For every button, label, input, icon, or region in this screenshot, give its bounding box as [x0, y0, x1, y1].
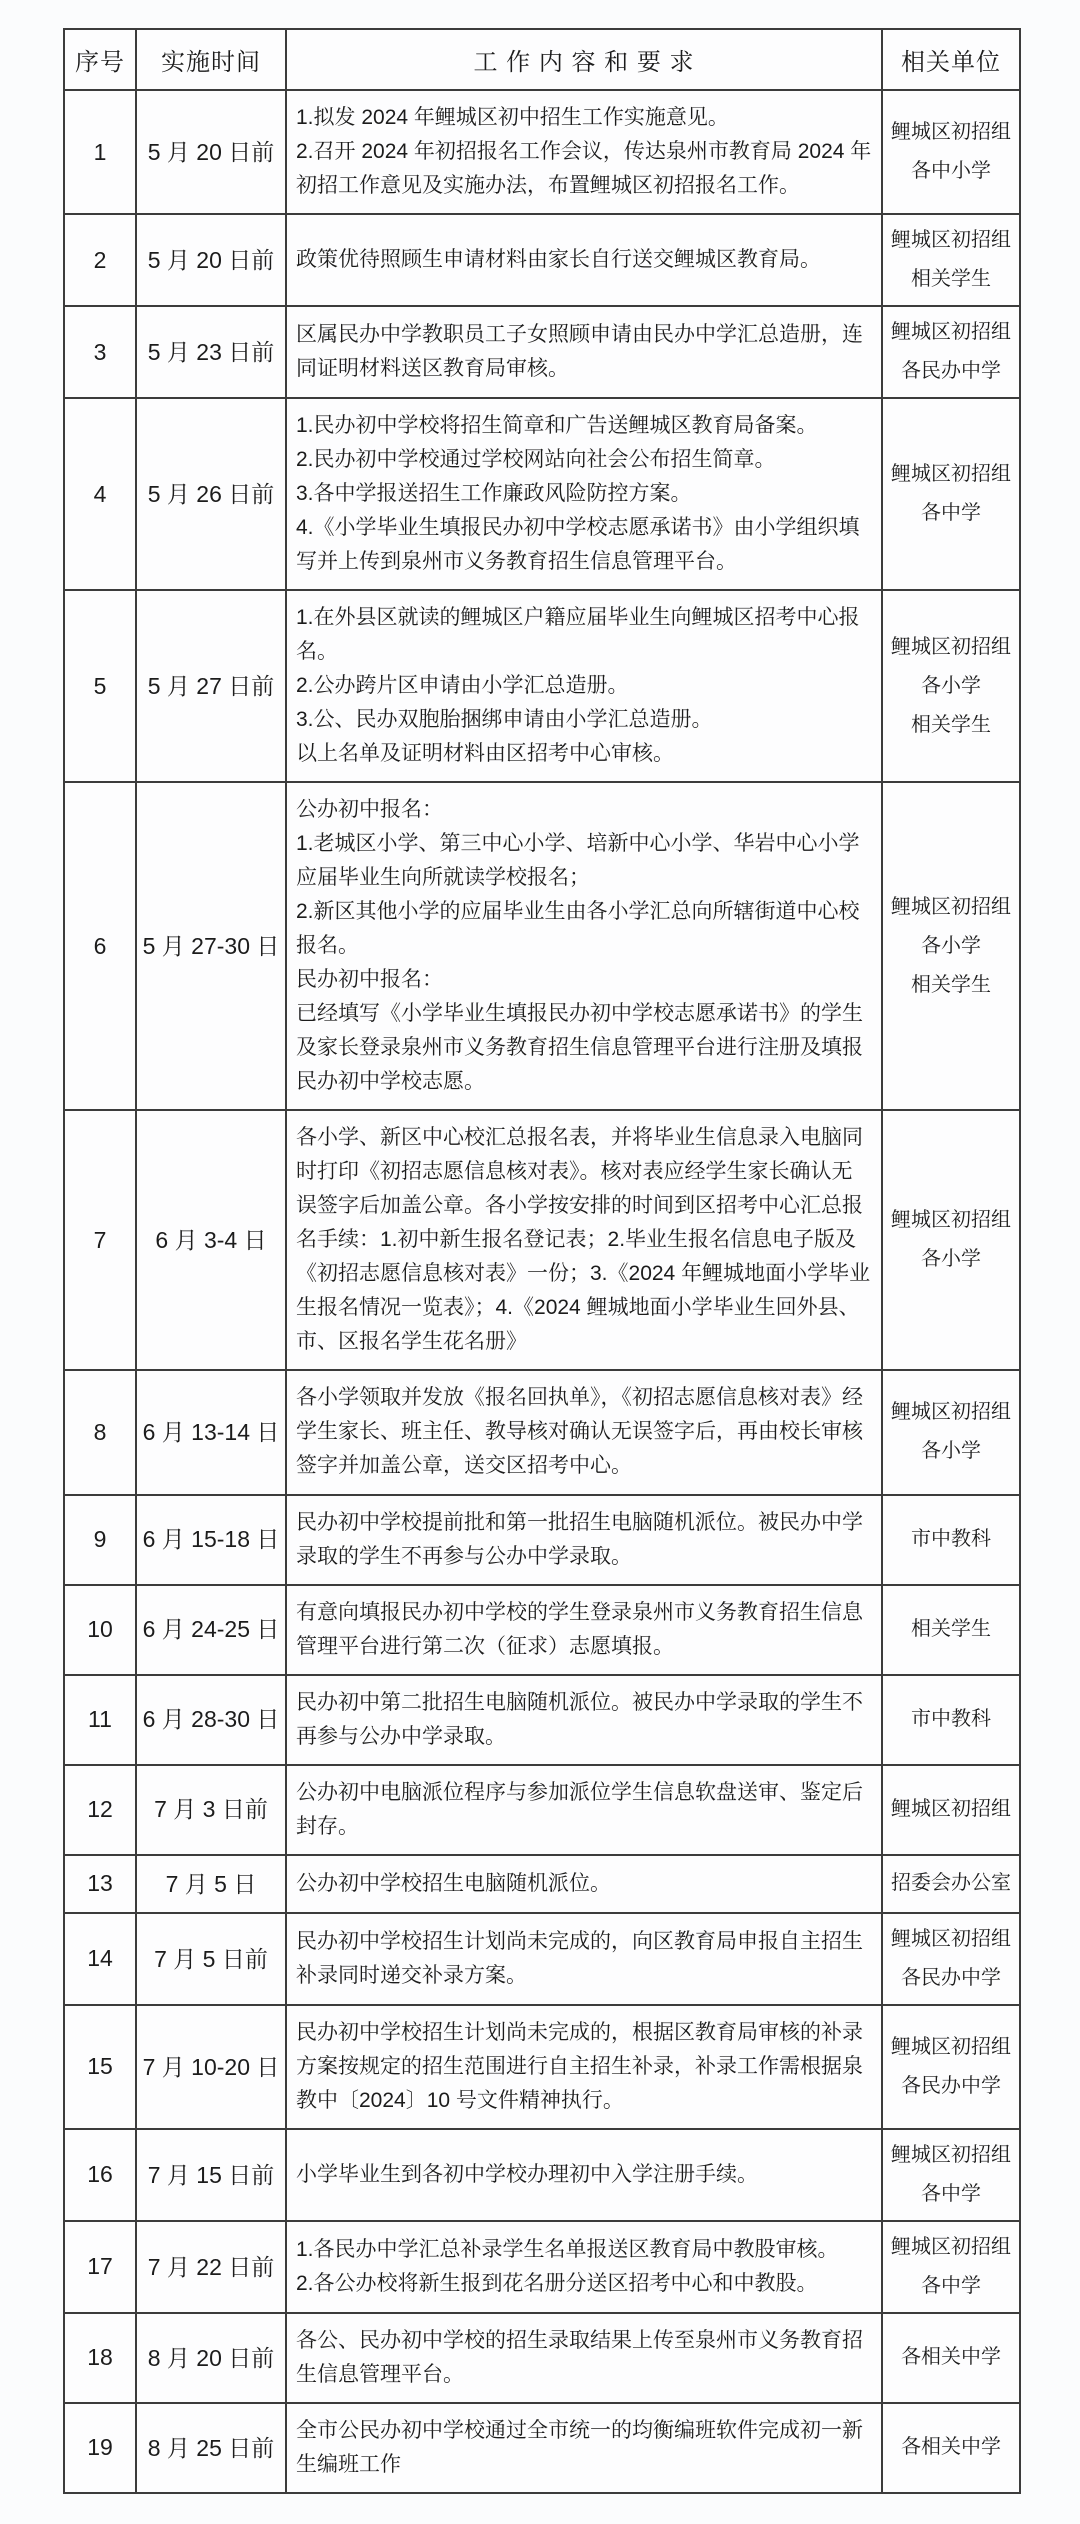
table-row: 3 5 月 23 日前 区属民办中学教职员工子女照顾申请由民办中学汇总造册，连同… — [64, 306, 1020, 398]
row-units: 鲤城区初招组 各小学 相关学生 — [882, 782, 1020, 1110]
schedule-table: 序号 实施时间 工 作 内 容 和 要 求 相关单位 1 5 月 20 日前 1… — [63, 28, 1021, 2494]
row-number: 12 — [64, 1765, 136, 1855]
row-number: 1 — [64, 90, 136, 214]
row-time: 5 月 20 日前 — [136, 90, 286, 214]
row-number: 13 — [64, 1855, 136, 1913]
table-row: 13 7 月 5 日 公办初中学校招生电脑随机派位。 招委会办公室 — [64, 1855, 1020, 1913]
row-number: 2 — [64, 214, 136, 306]
table-row: 7 6 月 3-4 日 各小学、新区中心校汇总报名表，并将毕业生信息录入电脑同时… — [64, 1110, 1020, 1370]
row-units: 鲤城区初招组 各小学 — [882, 1370, 1020, 1494]
row-content: 民办初中第二批招生电脑随机派位。被民办中学录取的学生不再参与公办中学录取。 — [286, 1675, 882, 1765]
row-content: 各小学领取并发放《报名回执单》，《初招志愿信息核对表》经学生家长、班主任、教导核… — [286, 1370, 882, 1494]
row-time: 7 月 10-20 日 — [136, 2005, 286, 2129]
table-row: 19 8 月 25 日前 全市公民办初中学校通过全市统一的均衡编班软件完成初一新… — [64, 2403, 1020, 2493]
row-time: 8 月 25 日前 — [136, 2403, 286, 2493]
row-time: 5 月 23 日前 — [136, 306, 286, 398]
row-content: 小学毕业生到各初中学校办理初中入学注册手续。 — [286, 2129, 882, 2221]
row-content: 民办初中学校提前批和第一批招生电脑随机派位。被民办中学录取的学生不再参与公办中学… — [286, 1495, 882, 1585]
row-units: 鲤城区初招组 各小学 — [882, 1110, 1020, 1370]
row-number: 16 — [64, 2129, 136, 2221]
table-body: 1 5 月 20 日前 1.拟发 2024 年鲤城区初中招生工作实施意见。 2.… — [64, 90, 1020, 2493]
row-time: 5 月 26 日前 — [136, 398, 286, 590]
row-units: 招委会办公室 — [882, 1855, 1020, 1913]
table-row: 6 5 月 27-30 日 公办初中报名： 1.老城区小学、第三中心小学、培新中… — [64, 782, 1020, 1110]
row-units: 各相关中学 — [882, 2313, 1020, 2403]
row-units: 相关学生 — [882, 1585, 1020, 1675]
table-row: 14 7 月 5 日前 民办初中学校招生计划尚未完成的，向区教育局申报自主招生补… — [64, 1913, 1020, 2005]
table-row: 18 8 月 20 日前 各公、民办初中学校的招生录取结果上传至泉州市义务教育招… — [64, 2313, 1020, 2403]
row-content: 1.各民办中学汇总补录学生名单报送区教育局中教股审核。 2.各公办校将新生报到花… — [286, 2221, 882, 2313]
row-content: 有意向填报民办初中学校的学生登录泉州市义务教育招生信息管理平台进行第二次（征求）… — [286, 1585, 882, 1675]
row-number: 6 — [64, 782, 136, 1110]
row-time: 8 月 20 日前 — [136, 2313, 286, 2403]
row-content: 公办初中电脑派位程序与参加派位学生信息软盘送审、鉴定后封存。 — [286, 1765, 882, 1855]
row-number: 5 — [64, 590, 136, 782]
row-time: 5 月 20 日前 — [136, 214, 286, 306]
table-header-row: 序号 实施时间 工 作 内 容 和 要 求 相关单位 — [64, 29, 1020, 90]
row-units: 鲤城区初招组 各中小学 — [882, 90, 1020, 214]
header-cell-no: 序号 — [64, 29, 136, 90]
table-row: 10 6 月 24-25 日 有意向填报民办初中学校的学生登录泉州市义务教育招生… — [64, 1585, 1020, 1675]
row-time: 5 月 27-30 日 — [136, 782, 286, 1110]
row-time: 6 月 24-25 日 — [136, 1585, 286, 1675]
table-row: 11 6 月 28-30 日 民办初中第二批招生电脑随机派位。被民办中学录取的学… — [64, 1675, 1020, 1765]
row-time: 6 月 15-18 日 — [136, 1495, 286, 1585]
row-content: 公办初中报名： 1.老城区小学、第三中心小学、培新中心小学、华岩中心小学应届毕业… — [286, 782, 882, 1110]
row-units: 鲤城区初招组 各中学 — [882, 2221, 1020, 2313]
row-number: 15 — [64, 2005, 136, 2129]
document-page: 序号 实施时间 工 作 内 容 和 要 求 相关单位 1 5 月 20 日前 1… — [0, 0, 1080, 2524]
row-units: 鲤城区初招组 各中学 — [882, 2129, 1020, 2221]
table-row: 15 7 月 10-20 日 民办初中学校招生计划尚未完成的，根据区教育局审核的… — [64, 2005, 1020, 2129]
row-time: 7 月 3 日前 — [136, 1765, 286, 1855]
row-content: 全市公民办初中学校通过全市统一的均衡编班软件完成初一新生编班工作 — [286, 2403, 882, 2493]
table-row: 9 6 月 15-18 日 民办初中学校提前批和第一批招生电脑随机派位。被民办中… — [64, 1495, 1020, 1585]
row-units: 鲤城区初招组 相关学生 — [882, 214, 1020, 306]
row-units: 市中教科 — [882, 1495, 1020, 1585]
row-content: 公办初中学校招生电脑随机派位。 — [286, 1855, 882, 1913]
row-time: 6 月 13-14 日 — [136, 1370, 286, 1494]
row-units: 鲤城区初招组 各民办中学 — [882, 1913, 1020, 2005]
row-content: 民办初中学校招生计划尚未完成的，根据区教育局审核的补录方案按规定的招生范围进行自… — [286, 2005, 882, 2129]
row-units: 各相关中学 — [882, 2403, 1020, 2493]
table-row: 8 6 月 13-14 日 各小学领取并发放《报名回执单》，《初招志愿信息核对表… — [64, 1370, 1020, 1494]
row-time: 7 月 15 日前 — [136, 2129, 286, 2221]
row-number: 19 — [64, 2403, 136, 2493]
row-time: 6 月 28-30 日 — [136, 1675, 286, 1765]
row-number: 18 — [64, 2313, 136, 2403]
row-units: 市中教科 — [882, 1675, 1020, 1765]
table-row: 1 5 月 20 日前 1.拟发 2024 年鲤城区初中招生工作实施意见。 2.… — [64, 90, 1020, 214]
header-cell-time: 实施时间 — [136, 29, 286, 90]
row-units: 鲤城区初招组 各小学 相关学生 — [882, 590, 1020, 782]
row-number: 9 — [64, 1495, 136, 1585]
row-number: 7 — [64, 1110, 136, 1370]
row-number: 17 — [64, 2221, 136, 2313]
table-row: 4 5 月 26 日前 1.民办初中学校将招生简章和广告送鲤城区教育局备案。 2… — [64, 398, 1020, 590]
table-row: 17 7 月 22 日前 1.各民办中学汇总补录学生名单报送区教育局中教股审核。… — [64, 2221, 1020, 2313]
row-content: 各公、民办初中学校的招生录取结果上传至泉州市义务教育招生信息管理平台。 — [286, 2313, 882, 2403]
row-content: 民办初中学校招生计划尚未完成的，向区教育局申报自主招生补录同时递交补录方案。 — [286, 1913, 882, 2005]
row-number: 10 — [64, 1585, 136, 1675]
row-number: 4 — [64, 398, 136, 590]
row-time: 6 月 3-4 日 — [136, 1110, 286, 1370]
row-time: 7 月 5 日前 — [136, 1913, 286, 2005]
header-cell-units: 相关单位 — [882, 29, 1020, 90]
row-number: 14 — [64, 1913, 136, 2005]
row-time: 7 月 22 日前 — [136, 2221, 286, 2313]
row-time: 5 月 27 日前 — [136, 590, 286, 782]
row-content: 1.民办初中学校将招生简章和广告送鲤城区教育局备案。 2.民办初中学校通过学校网… — [286, 398, 882, 590]
table-row: 2 5 月 20 日前 政策优待照顾生申请材料由家长自行送交鲤城区教育局。 鲤城… — [64, 214, 1020, 306]
row-number: 8 — [64, 1370, 136, 1494]
row-number: 3 — [64, 306, 136, 398]
row-units: 鲤城区初招组 — [882, 1765, 1020, 1855]
row-units: 鲤城区初招组 各中学 — [882, 398, 1020, 590]
row-time: 7 月 5 日 — [136, 1855, 286, 1913]
row-units: 鲤城区初招组 各民办中学 — [882, 306, 1020, 398]
row-number: 11 — [64, 1675, 136, 1765]
row-content: 区属民办中学教职员工子女照顾申请由民办中学汇总造册，连同证明材料送区教育局审核。 — [286, 306, 882, 398]
row-content: 各小学、新区中心校汇总报名表，并将毕业生信息录入电脑同时打印《初招志愿信息核对表… — [286, 1110, 882, 1370]
row-content: 政策优待照顾生申请材料由家长自行送交鲤城区教育局。 — [286, 214, 882, 306]
table-row: 5 5 月 27 日前 1.在外县区就读的鲤城区户籍应届毕业生向鲤城区招考中心报… — [64, 590, 1020, 782]
table-row: 12 7 月 3 日前 公办初中电脑派位程序与参加派位学生信息软盘送审、鉴定后封… — [64, 1765, 1020, 1855]
row-units: 鲤城区初招组 各民办中学 — [882, 2005, 1020, 2129]
row-content: 1.在外县区就读的鲤城区户籍应届毕业生向鲤城区招考中心报名。 2.公办跨片区申请… — [286, 590, 882, 782]
table-row: 16 7 月 15 日前 小学毕业生到各初中学校办理初中入学注册手续。 鲤城区初… — [64, 2129, 1020, 2221]
row-content: 1.拟发 2024 年鲤城区初中招生工作实施意见。 2.召开 2024 年初招报… — [286, 90, 882, 214]
header-cell-content: 工 作 内 容 和 要 求 — [286, 29, 882, 90]
